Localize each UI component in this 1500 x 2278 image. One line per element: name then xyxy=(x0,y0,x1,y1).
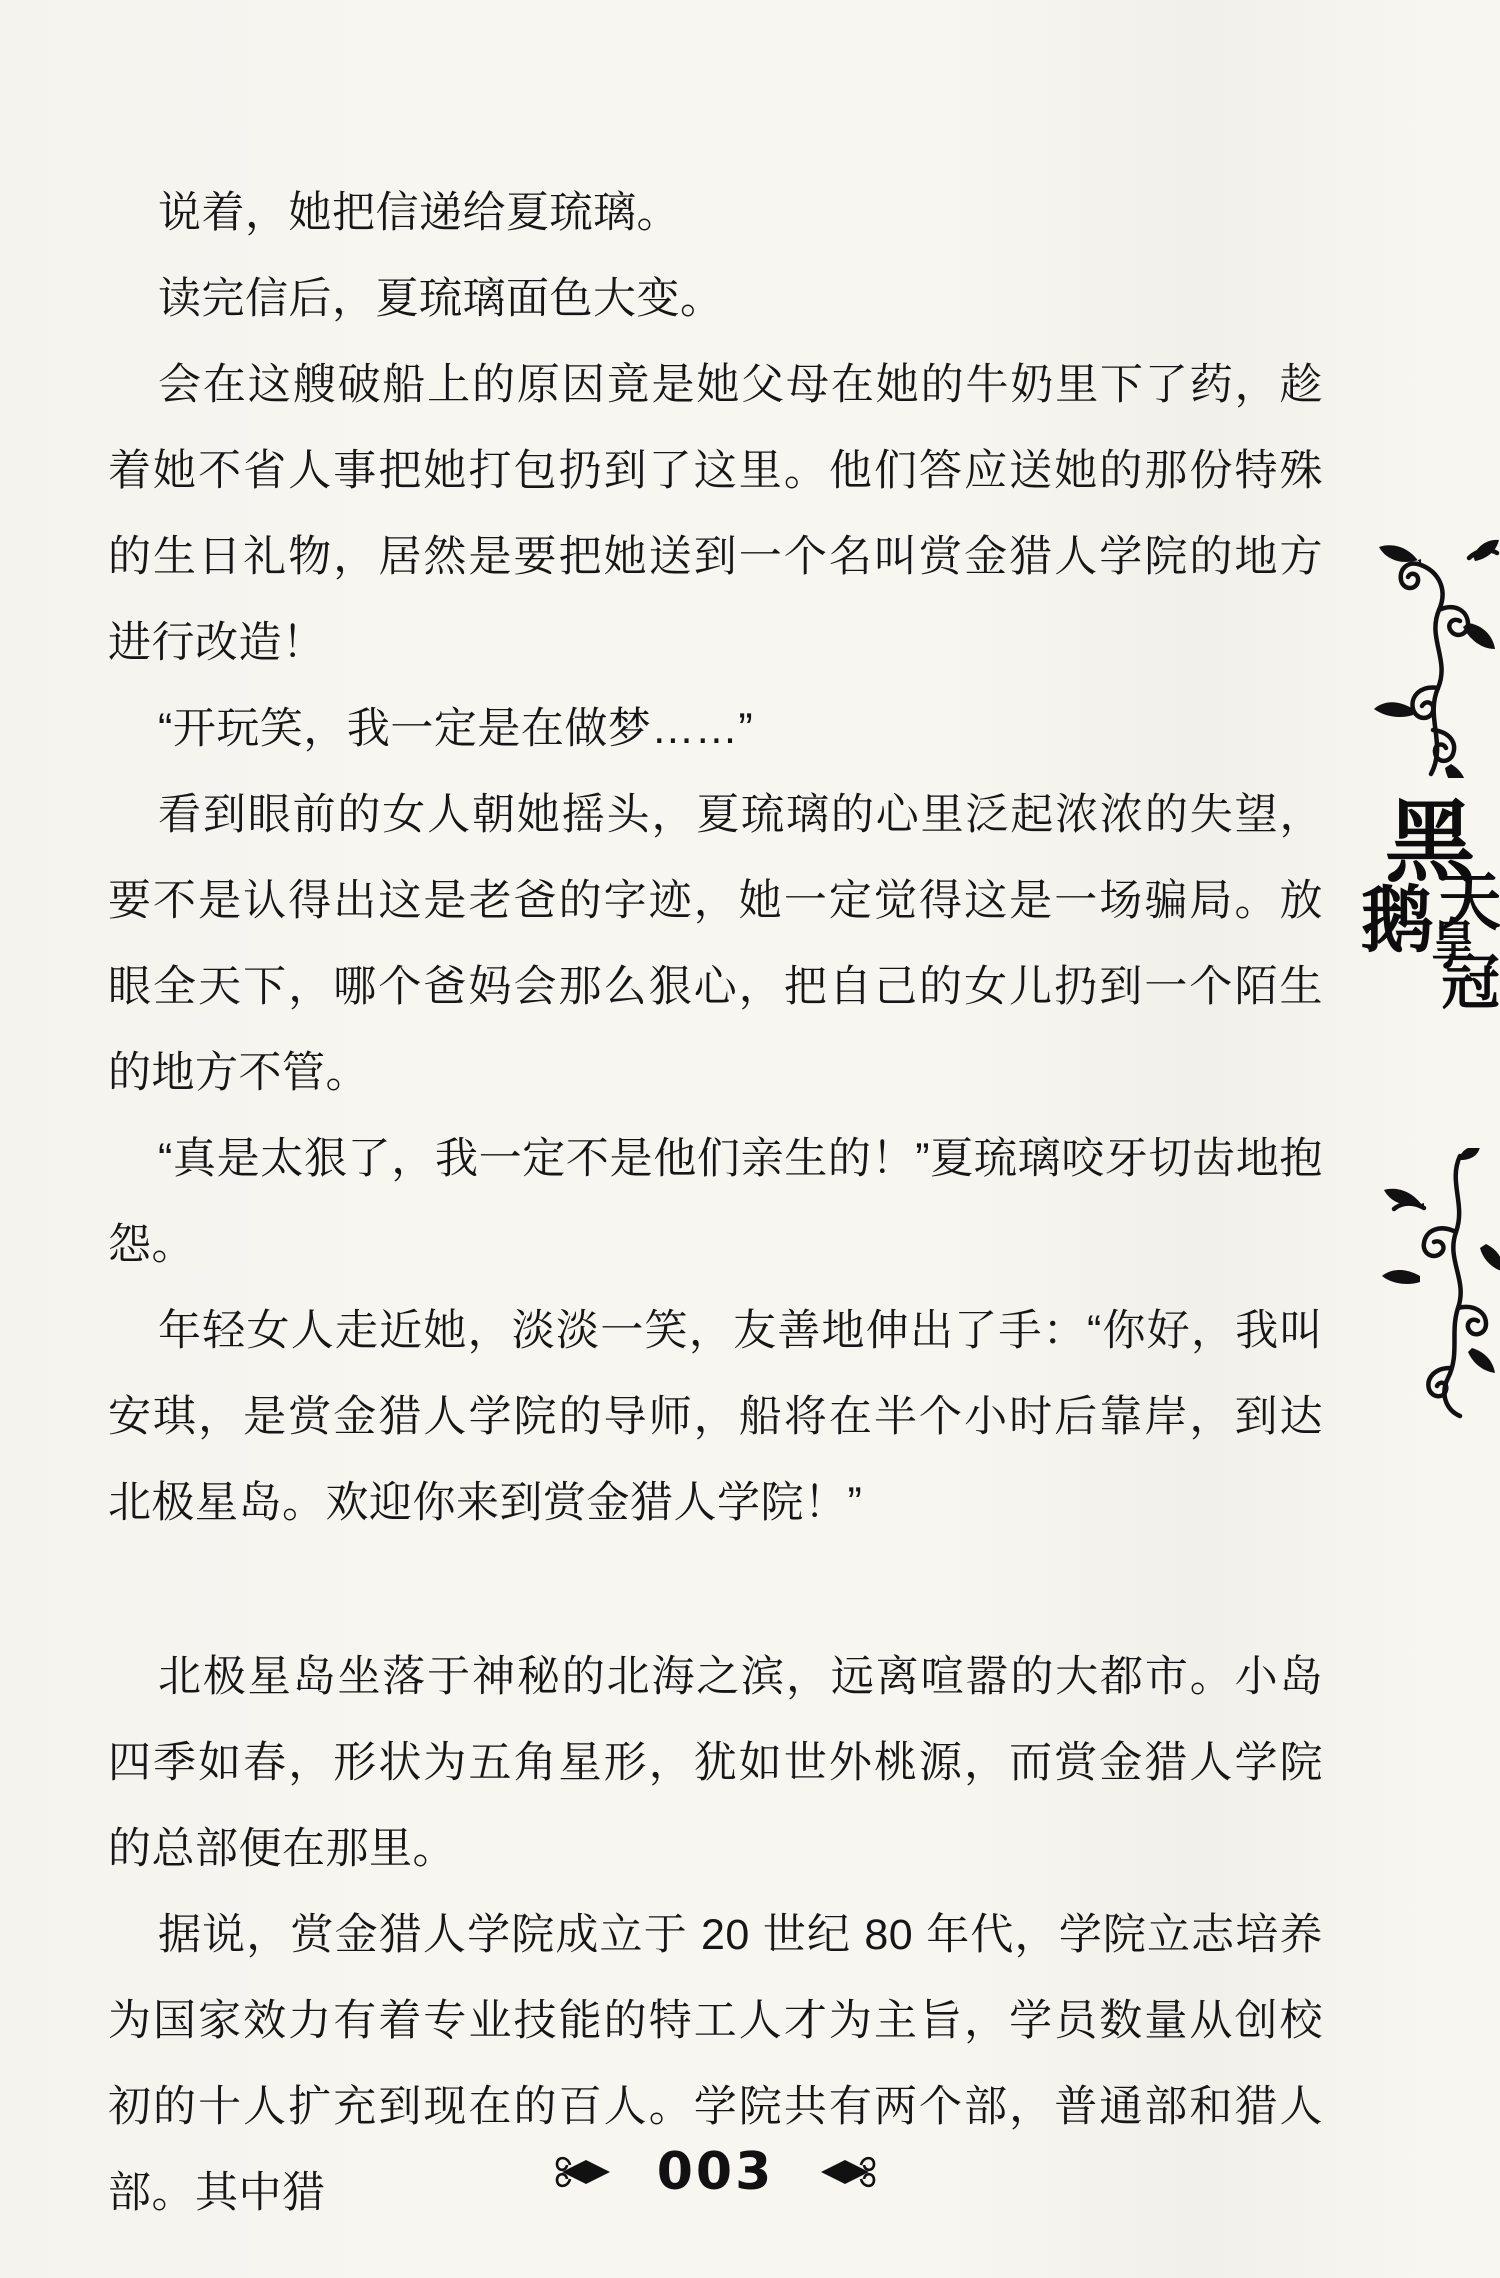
paragraph: 会在这艘破船上的原因竟是她父母在她的牛奶里下了药，趁着她不省人事把她打包扔到了这… xyxy=(108,342,1323,686)
vine-flourish-bottom-icon xyxy=(1364,1148,1500,1426)
vine-flourish-top-icon xyxy=(1368,538,1500,778)
folio-ornament-right-icon xyxy=(820,2152,878,2192)
paragraph: 年轻女人走近她，淡淡一笑，友善地伸出了手：“你好，我叫安琪，是赏金猎人学院的导师… xyxy=(108,1288,1323,1546)
page-number: 003 xyxy=(657,2142,775,2202)
paragraph: 看到眼前的女人朝她摇头，夏琉璃的心里泛起浓浓的失望，要不是认得出这是老爸的字迹，… xyxy=(108,772,1323,1116)
paragraph: 说着，她把信递给夏琉璃。 xyxy=(108,170,1323,256)
body-text: 说着，她把信递给夏琉璃。 读完信后，夏琉璃面色大变。 会在这艘破船上的原因竟是她… xyxy=(108,170,1323,2236)
series-title-char: 冠 xyxy=(1441,954,1500,1013)
page-footer: 003 xyxy=(108,2142,1323,2202)
paragraph: 读完信后，夏琉璃面色大变。 xyxy=(108,256,1323,342)
series-title-char: 鹅 xyxy=(1361,884,1434,957)
paragraph: “真是太狠了，我一定不是他们亲生的！”夏琉璃咬牙切齿地抱怨。 xyxy=(108,1116,1323,1288)
book-page: 说着，她把信递给夏琉璃。 读完信后，夏琉璃面色大变。 会在这艘破船上的原因竟是她… xyxy=(0,0,1500,2278)
folio-ornament-left-icon xyxy=(553,2152,611,2192)
paragraph: “开玩笑，我一定是在做梦……” xyxy=(108,686,1323,772)
paragraph: 北极星岛坐落于神秘的北海之滨，远离喧嚣的大都市。小岛四季如春，形状为五角星形，犹… xyxy=(108,1634,1323,1892)
